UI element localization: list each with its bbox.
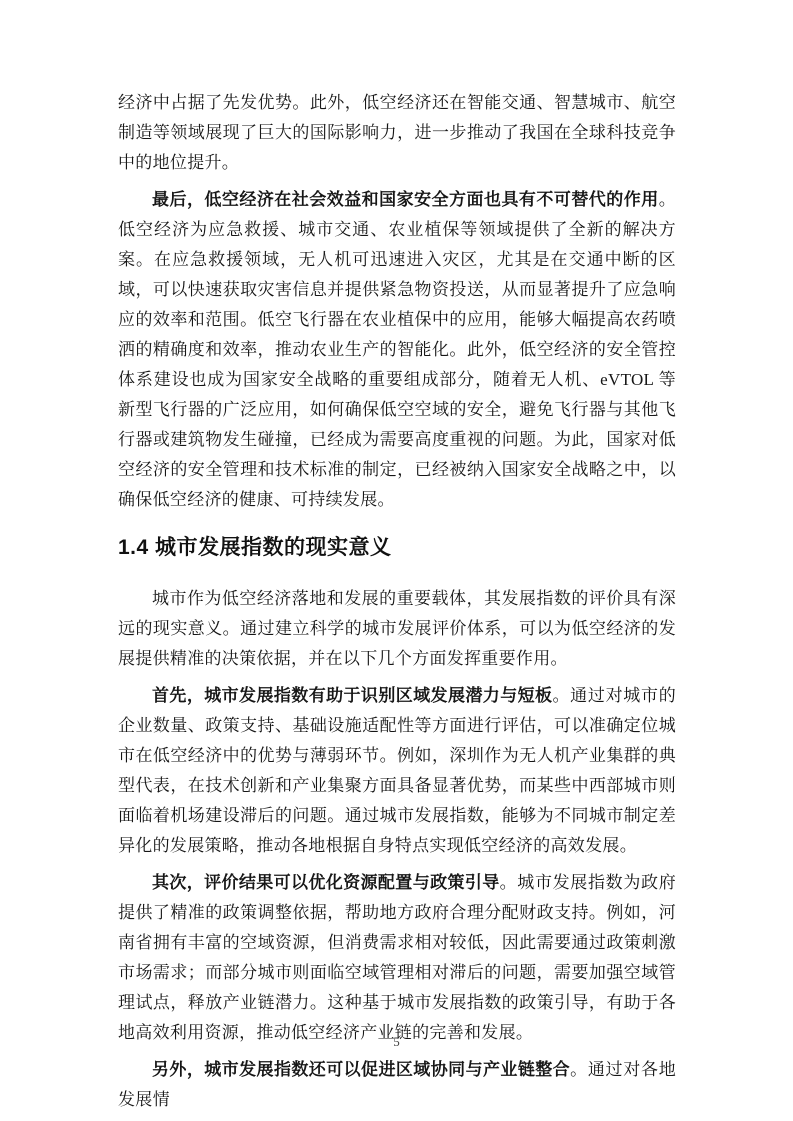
document-body: 经济中占据了先发优势。此外，低空经济还在智能交通、智慧城市、航空制造等领域展现了… — [118, 88, 676, 1121]
paragraph-continuation: 经济中占据了先发优势。此外，低空经济还在智能交通、智慧城市、航空制造等领域展现了… — [118, 88, 676, 178]
paragraph-text: 。通过对城市的企业数量、政策支持、基础设施适配性等方面进行评估，可以准确定位城市… — [118, 686, 676, 855]
paragraph-lead-bold: 最后，低空经济在社会效益和国家安全方面也具有不可替代的作用 — [152, 190, 659, 209]
paragraph-text: 经济中占据了先发优势。此外，低空经济还在智能交通、智慧城市、航空制造等领域展现了… — [118, 93, 676, 172]
paragraph-lead-bold: 首先，城市发展指数有助于识别区域发展潜力与短板 — [152, 686, 552, 705]
paragraph-text: 。城市发展指数为政府提供了精准的政策调整依据，帮助地方政府合理分配财政支持。例如… — [118, 873, 676, 1042]
section-heading: 1.4 城市发展指数的现实意义 — [118, 534, 676, 562]
page-number: 5 — [0, 1034, 793, 1050]
paragraph-second-point: 其次，评价结果可以优化资源配置与政策引导。城市发展指数为政府提供了精准的政策调整… — [118, 868, 676, 1048]
paragraph-first-point: 首先，城市发展指数有助于识别区域发展潜力与短板。通过对城市的企业数量、政策支持、… — [118, 681, 676, 861]
paragraph-lead-bold: 另外，城市发展指数还可以促进区域协同与产业链整合 — [152, 1060, 570, 1079]
paragraph-intro: 城市作为低空经济落地和发展的重要载体，其发展指数的评价具有深远的现实意义。通过建… — [118, 584, 676, 674]
document-page: 经济中占据了先发优势。此外，低空经济还在智能交通、智慧城市、航空制造等领域展现了… — [0, 0, 793, 1121]
paragraph-lead-bold: 其次，评价结果可以优化资源配置与政策引导 — [152, 873, 500, 892]
paragraph-finally: 最后，低空经济在社会效益和国家安全方面也具有不可替代的作用。低空经济为应急救援、… — [118, 185, 676, 515]
paragraph-text: 。低空经济为应急救援、城市交通、农业植保等领域提供了全新的解决方案。在应急救援领… — [118, 190, 676, 509]
paragraph-text: 城市作为低空经济落地和发展的重要载体，其发展指数的评价具有深远的现实意义。通过建… — [118, 589, 676, 668]
paragraph-another-point: 另外，城市发展指数还可以促进区域协同与产业链整合。通过对各地发展情 — [118, 1055, 676, 1115]
